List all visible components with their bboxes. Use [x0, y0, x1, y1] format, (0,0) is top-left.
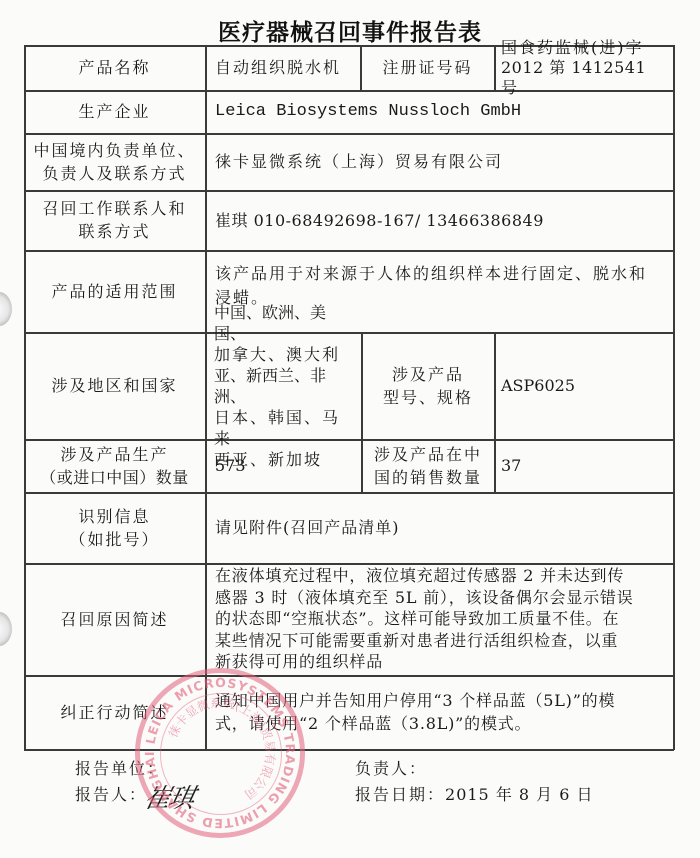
label-text: 产品名称	[78, 56, 150, 79]
label-text: 召回原因简述	[60, 608, 168, 631]
value-text: 崔琪 010-68492698-167/ 13466386849	[215, 209, 544, 232]
value-china-sales-qty: 37	[495, 439, 673, 492]
value-text-line: 在液体填充过程中，液位填充超过传感器 2 并未达到传	[215, 565, 624, 587]
label-text-line: 国的销售数量	[374, 466, 482, 489]
value-regions: 中国、欧洲、美国、 加拿大、澳大利 亚、新西兰、非洲、 日本、韩国、马来 西亚、…	[206, 332, 361, 439]
label-production-qty: 涉及产品生产 （或进口中国）数量	[24, 439, 205, 492]
recall-report-table: 产品名称 自动组织脱水机 注册证号码 国食药监械(进)字 2012 第 1412…	[24, 45, 674, 750]
label-text-line: 召回工作联系人和	[42, 197, 186, 220]
value-text-line: 中国、欧洲、美国、	[214, 302, 355, 344]
label-text-line: （如批号）	[69, 528, 159, 551]
label-model-spec: 涉及产品 型号、规格	[362, 332, 494, 439]
label-text-line: （或进口中国）数量	[40, 466, 189, 489]
value-text-line: 式，请使用“2 个样品蓝（3.8L)”的模式。	[215, 712, 531, 735]
value-text: 573	[215, 454, 246, 477]
label-recall-contact: 召回工作联系人和 联系方式	[24, 190, 205, 250]
reporter-signature: 崔琪	[141, 778, 197, 815]
report-date-value: 2015 年 8 月 6 日	[445, 785, 594, 804]
label-text: 生产企业	[78, 100, 150, 123]
punch-hole-bottom	[0, 612, 12, 646]
value-registration-no: 国食药监械(进)字 2012 第 1412541 号	[495, 45, 673, 90]
value-china-responsible: 徕卡显微系统（上海）贸易有限公司	[206, 133, 673, 190]
value-corrective-action: 通知中国用户并告知用户停用“3 个样品蓝（5L)”的模 式，请使用“2 个样品蓝…	[206, 675, 673, 749]
label-text-line: 涉及产品	[392, 363, 464, 386]
value-text-line: 该产品用于对来源于人体的组织样本进行固定、脱水和	[215, 262, 647, 286]
label-registration-no: 注册证号码	[361, 45, 494, 90]
value-text: Leica Biosystems Nussloch GmbH	[215, 100, 521, 123]
report-date-label: 报告日期：	[355, 785, 445, 804]
label-text-line: 中国境内负责单位、	[33, 139, 195, 162]
value-text-line: 加拿大、澳大利	[214, 344, 340, 365]
value-text-line: 感器 3 时（液体填充至 5L 前），该设备偶尔会显示错误	[215, 587, 634, 609]
label-china-sales-qty: 涉及产品在中 国的销售数量	[362, 439, 494, 492]
label-identification: 识别信息 （如批号）	[24, 492, 205, 563]
value-text-line: 国食药监械(进)字	[501, 38, 644, 58]
value-text: ASP6025	[501, 374, 575, 397]
label-regions: 涉及地区和国家	[24, 332, 205, 439]
punch-hole-top	[0, 292, 12, 326]
label-product-name: 产品名称	[24, 45, 205, 90]
value-text: 37	[501, 454, 521, 477]
value-production-qty: 573	[206, 439, 361, 492]
value-manufacturer: Leica Biosystems Nussloch GmbH	[206, 90, 673, 133]
label-text-line: 型号、规格	[383, 386, 473, 409]
value-recall-contact: 崔琪 010-68492698-167/ 13466386849	[206, 190, 673, 250]
label-scope: 产品的适用范围	[24, 250, 205, 332]
value-text: 请见附件(召回产品清单)	[215, 516, 400, 539]
label-text-line: 识别信息	[78, 505, 150, 528]
report-date: 报告日期：2015 年 8 月 6 日	[355, 782, 594, 805]
label-china-responsible: 中国境内负责单位、 负责人及联系方式	[24, 133, 205, 190]
value-product-name: 自动组织脱水机	[206, 45, 360, 90]
label-manufacturer: 生产企业	[24, 90, 205, 133]
label-recall-reason: 召回原因简述	[24, 563, 205, 675]
value-text-line: 通知中国用户并告知用户停用“3 个样品蓝（5L)”的模	[215, 689, 615, 712]
label-text-line: 涉及产品在中	[374, 443, 482, 466]
label-text: 纠正行动简述	[60, 701, 168, 724]
label-text-line: 涉及产品生产	[60, 443, 168, 466]
value-text-line: 某些情况下可能需要重新对患者进行活组织检查，以重	[215, 630, 618, 652]
value-text-line: 新获得可用的组织样品	[215, 651, 383, 673]
label-text: 产品的适用范围	[51, 280, 177, 303]
reporter-label: 报告人：	[75, 782, 147, 805]
label-text-line: 联系方式	[78, 220, 150, 243]
table-border-right	[673, 45, 675, 750]
value-text-line: 的状态即“空瓶状态”。这样可能导致加工质量不佳。在	[215, 608, 619, 630]
value-recall-reason: 在液体填充过程中，液位填充超过传感器 2 并未达到传 感器 3 时（液体填充至 …	[206, 563, 673, 675]
reporting-unit-label: 报告单位：	[75, 756, 165, 779]
value-model-spec: ASP6025	[495, 332, 673, 439]
label-text-line: 负责人及联系方式	[42, 162, 186, 185]
label-corrective-action: 纠正行动简述	[24, 675, 205, 749]
responsible-person-label: 负责人：	[355, 756, 427, 779]
value-text-line: 亚、新西兰、非洲、	[214, 365, 355, 407]
label-text: 注册证号码	[382, 56, 472, 79]
value-text: 自动组织脱水机	[215, 56, 341, 79]
table-border-bottom	[24, 749, 674, 751]
label-text: 涉及地区和国家	[51, 374, 177, 397]
value-text: 徕卡显微系统（上海）贸易有限公司	[215, 150, 503, 173]
value-identification: 请见附件(召回产品清单)	[206, 492, 673, 563]
